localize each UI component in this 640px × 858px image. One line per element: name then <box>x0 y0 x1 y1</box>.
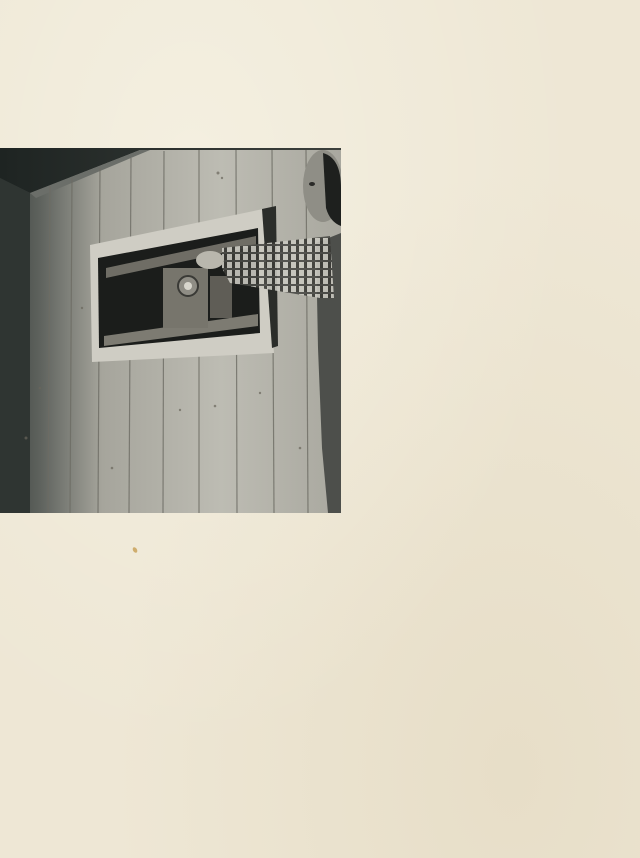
photo-image <box>0 148 341 513</box>
album-page <box>0 0 640 858</box>
paper-stain <box>132 546 138 553</box>
mounted-photograph <box>0 148 341 513</box>
